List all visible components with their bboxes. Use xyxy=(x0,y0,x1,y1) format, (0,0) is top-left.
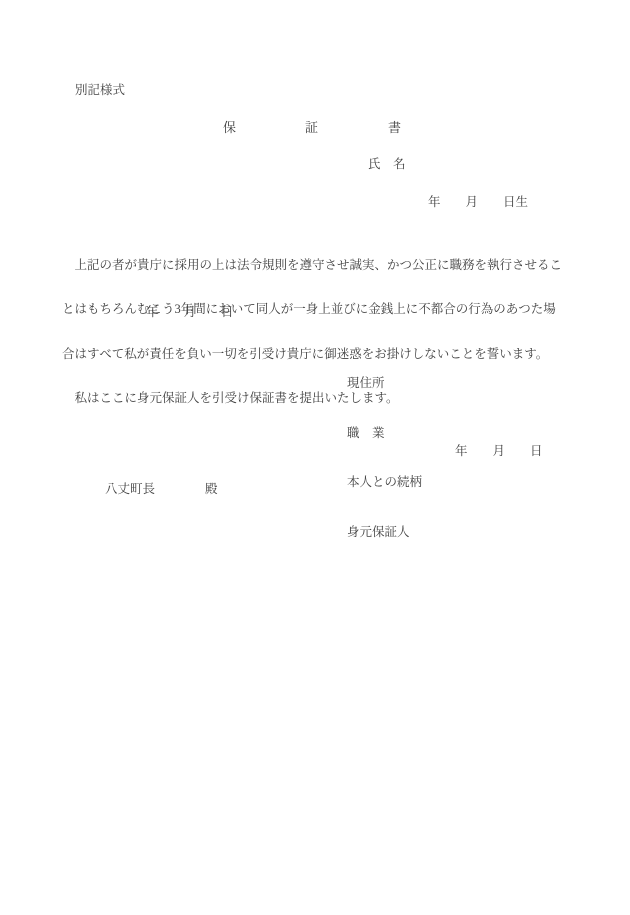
guarantee-form-page: 別記様式 保 証 書 氏 名 年 月 日生 上記の者が貴庁に採用の上は法令規則を… xyxy=(0,0,630,915)
guarantor-info-block: 現住所 職 業 本人との続柄 身元保証人 xyxy=(347,346,422,569)
document-title: 保 証 書 xyxy=(0,121,630,137)
current-address-label: 現住所 xyxy=(347,371,422,396)
submission-date-label: 年 月 日 xyxy=(146,306,234,319)
name-field-label: 氏 名 xyxy=(368,158,406,171)
form-style-label: 別記様式 xyxy=(75,84,125,97)
occupation-label: 職 業 xyxy=(347,421,422,446)
pledge-line-3: 合はすべて私が責任を負い一切を引受け貴庁に御迷惑をお掛けしないことを誓います。 xyxy=(62,345,567,364)
title-char-syo: 書 xyxy=(388,121,401,134)
pledge-line-4: 私はここに身元保証人を引受け保証書を提出いたします。 xyxy=(62,389,567,408)
pledge-paragraph: 上記の者が貴庁に採用の上は法令規則を遵守させ誠実、かつ公正に職務を執行させるこ … xyxy=(62,231,567,433)
relationship-label: 本人との続柄 xyxy=(347,470,422,495)
addressee-label: 八丈町長 殿 xyxy=(105,483,218,496)
pledge-line-2: とはもちろんむこう3年間において同人が一身上並びに金銭上に不都合の行為のあつた場 xyxy=(62,300,567,319)
guarantor-name-label: 身元保証人 xyxy=(347,520,422,545)
birthdate-field-label: 年 月 日生 xyxy=(428,196,528,209)
title-char-sho: 証 xyxy=(305,121,318,134)
pledge-line-1: 上記の者が貴庁に採用の上は法令規則を遵守させ誠実、かつ公正に職務を執行させるこ xyxy=(62,256,567,275)
guarantor-date-label: 年 月 日 xyxy=(455,445,543,458)
title-char-ho: 保 xyxy=(223,121,236,134)
